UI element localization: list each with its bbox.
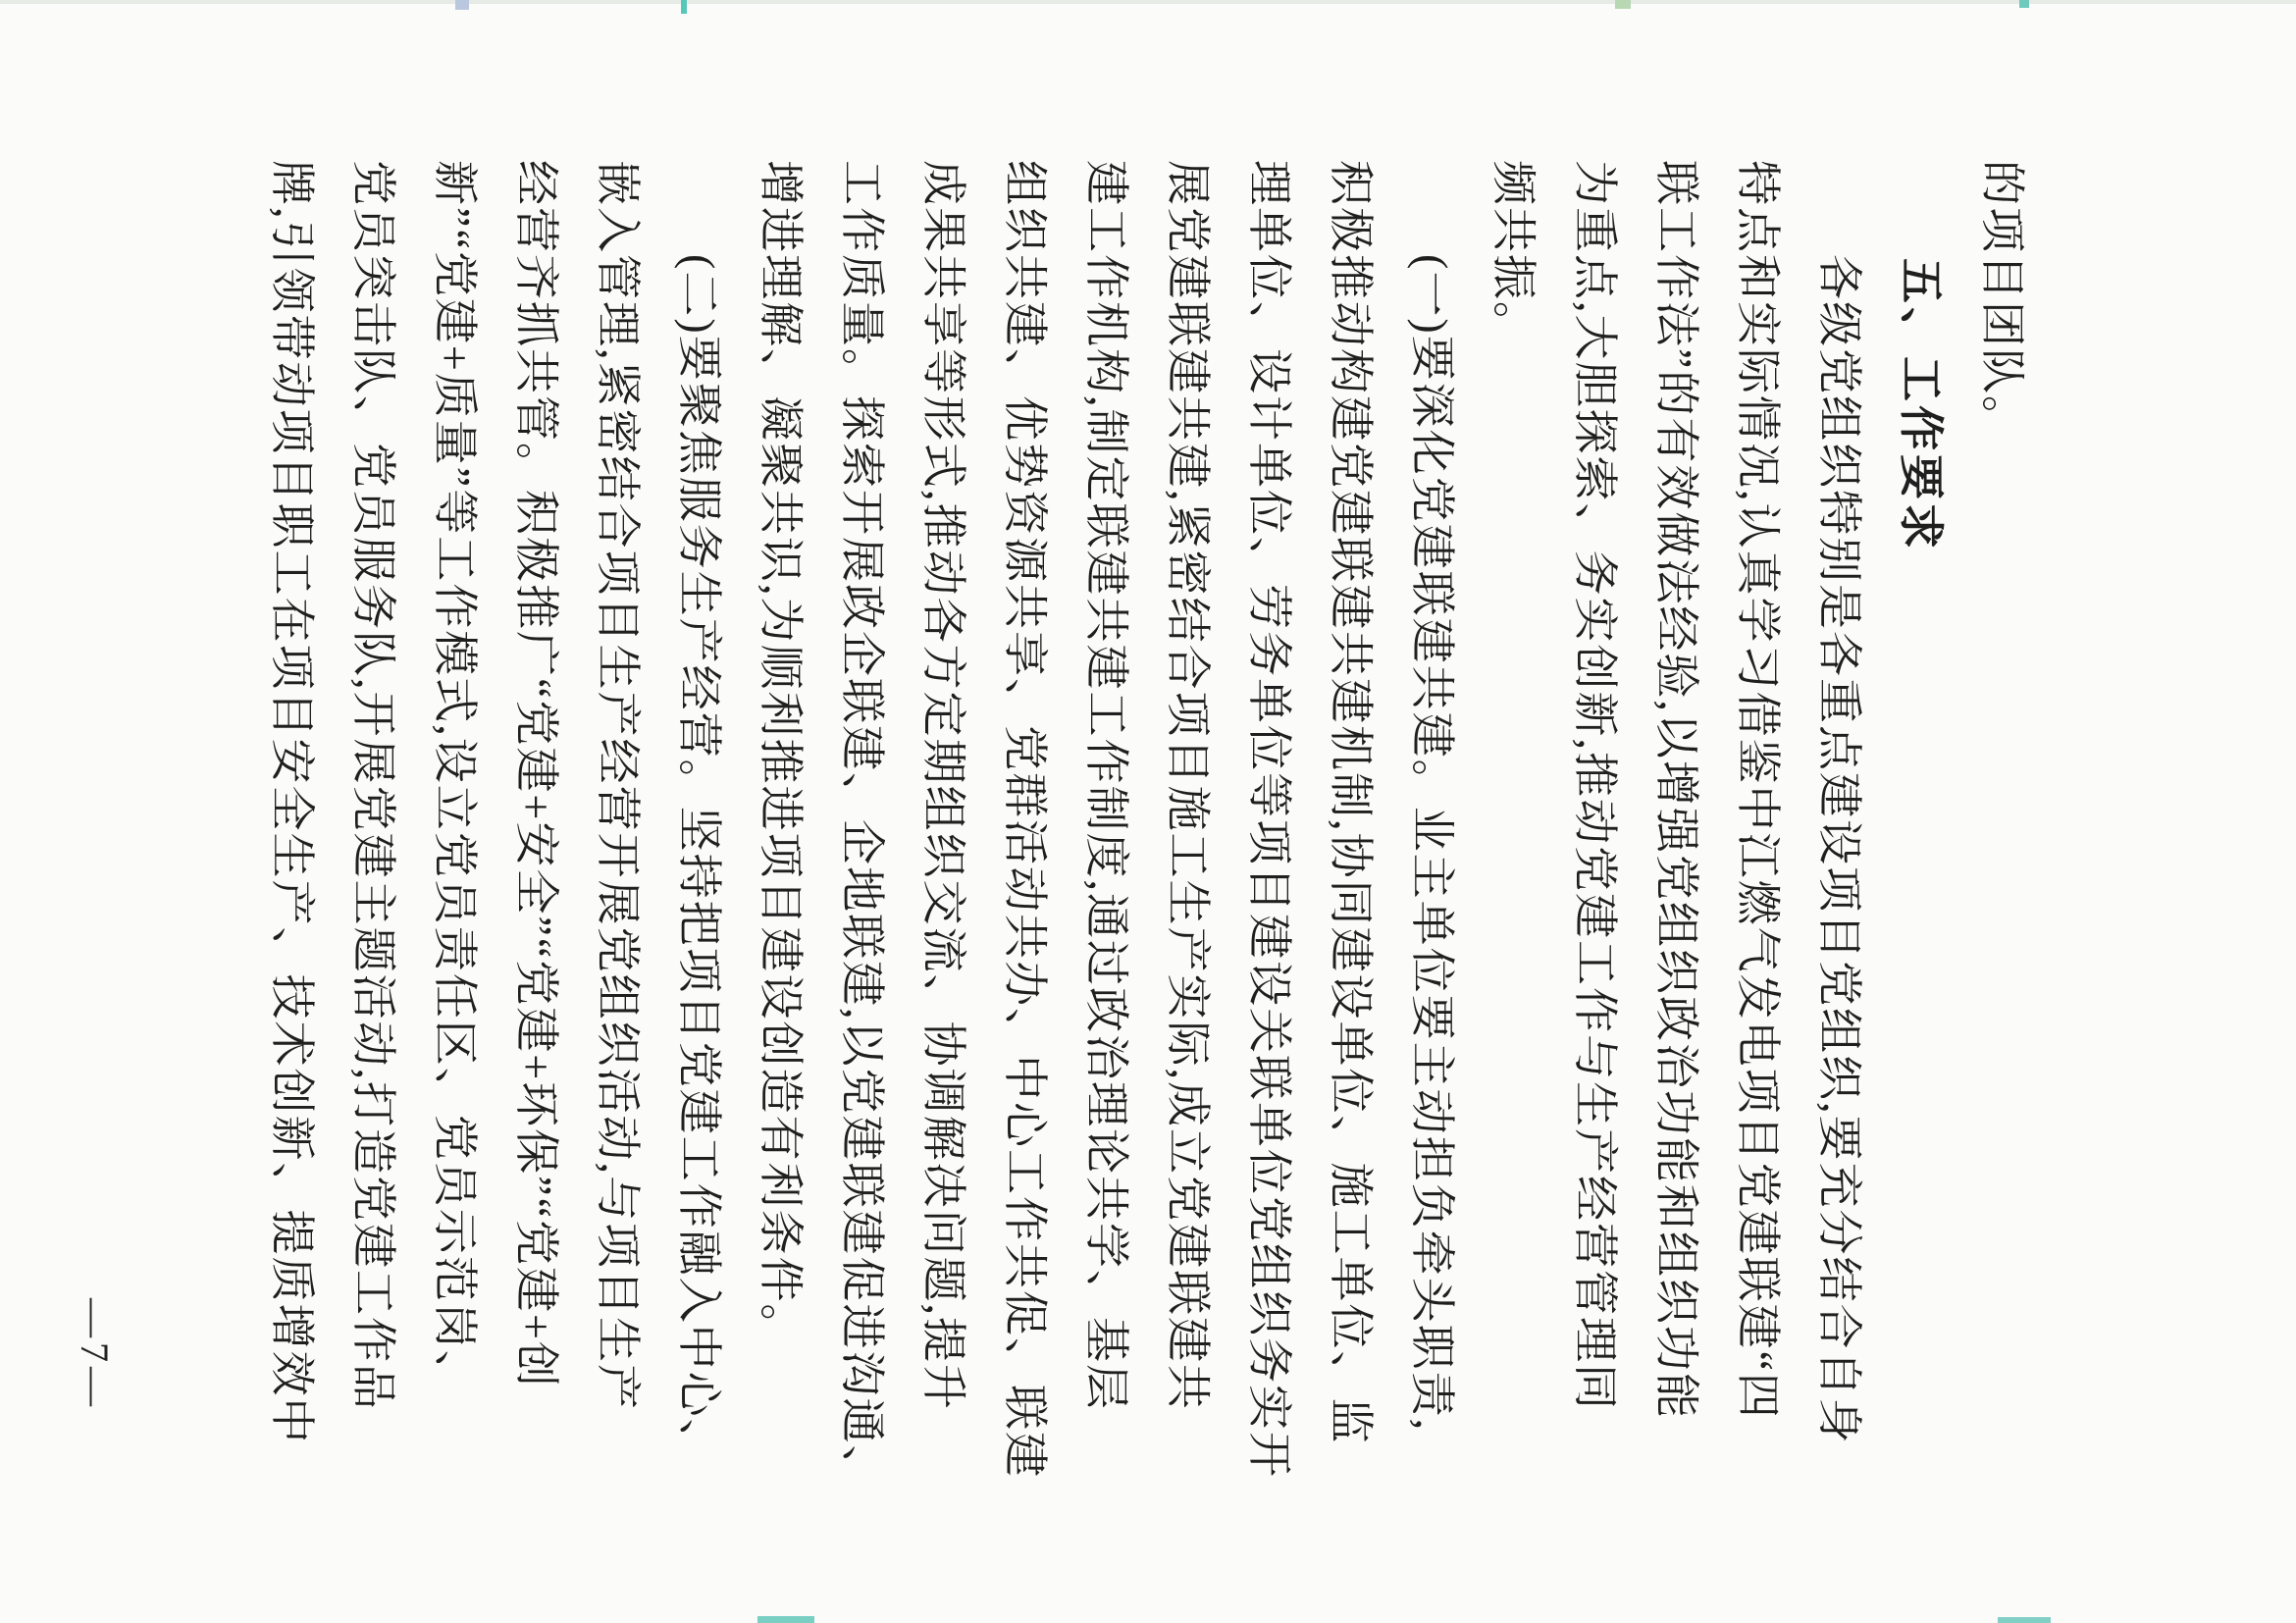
text-line: 新”“党建+质量”等工作模式,设立党员责任区、党员示范岗、 — [414, 160, 496, 1409]
scanner-artifact — [2019, 0, 2029, 8]
text-line: 增进理解、凝聚共识,为顺利推进项目建设创造有利条件。 — [740, 160, 821, 1409]
text-line: 牌,引领带动项目职工在项目安全生产、技术创新、提质增效中 — [251, 160, 333, 1409]
section-heading: 五、工作要求 — [1880, 160, 1961, 1409]
text-line: 频共振。 — [1473, 160, 1554, 1409]
scanned-document-page: 的项目团队。 五、工作要求 各级党组织特别是各重点建设项目党组织,要充分结合自身… — [0, 0, 2296, 1623]
page-number: —7— — [72, 1298, 118, 1411]
text-line: 组织共建、优势资源共享、党群活动共办、中心工作共促、联建 — [984, 160, 1066, 1409]
scanner-edge-line — [0, 0, 2296, 4]
text-line: 嵌入管理,紧密结合项目生产经营开展党组织活动,与项目生产 — [577, 160, 658, 1409]
text-line: 展党建联建共建,紧密结合项目施工生产实际,成立党建联建共 — [1147, 160, 1228, 1409]
text-line: 联工作法”的有效做法经验,以增强党组织政治功能和组织功能 — [1636, 160, 1717, 1409]
text-line: 的项目团队。 — [1961, 160, 2043, 1409]
text-line: 建工作机构,制定联建共建工作制度,通过政治理论共学、基层 — [1066, 160, 1147, 1409]
scanner-artifact — [1615, 0, 1631, 9]
scanner-artifact — [757, 1616, 814, 1623]
document-content: 的项目团队。 五、工作要求 各级党组织特别是各重点建设项目党组织,要充分结合自身… — [0, 0, 2296, 1623]
text-line: 经营齐抓共管。积极推广“党建+安全”“党建+环保”“党建+创 — [496, 160, 577, 1409]
scanner-artifact — [681, 0, 687, 14]
text-line: 积极推动构建党建联建共建机制,协同建设单位、施工单位、监 — [1310, 160, 1391, 1409]
text-line: 各级党组织特别是各重点建设项目党组织,要充分结合自身 — [1799, 160, 1880, 1409]
text-line: 党员突击队、党员服务队,开展党建主题活动,打造党建工作品 — [333, 160, 414, 1409]
text-line: 工作质量。探索开展政企联建、企地联建,以党建联建促进沟通、 — [821, 160, 903, 1409]
text-line: 理单位、设计单位、劳务单位等项目建设关联单位党组织务实开 — [1228, 160, 1310, 1409]
scanner-artifact — [455, 0, 469, 10]
text-line: (二)要聚焦服务生产经营。坚持把项目党建工作融入中心、 — [658, 160, 740, 1409]
scanner-artifact — [1998, 1617, 2051, 1623]
text-line: 为重点,大胆探索、务实创新,推动党建工作与生产经营管理同 — [1554, 160, 1636, 1409]
text-line: (一)要深化党建联建共建。业主单位要主动担负牵头职责, — [1391, 160, 1473, 1409]
text-line: 特点和实际情况,认真学习借鉴中江燃气发电项目党建联建“四 — [1717, 160, 1799, 1409]
text-line: 成果共享等形式,推动各方定期组织交流、协调解决问题,提升 — [903, 160, 984, 1409]
